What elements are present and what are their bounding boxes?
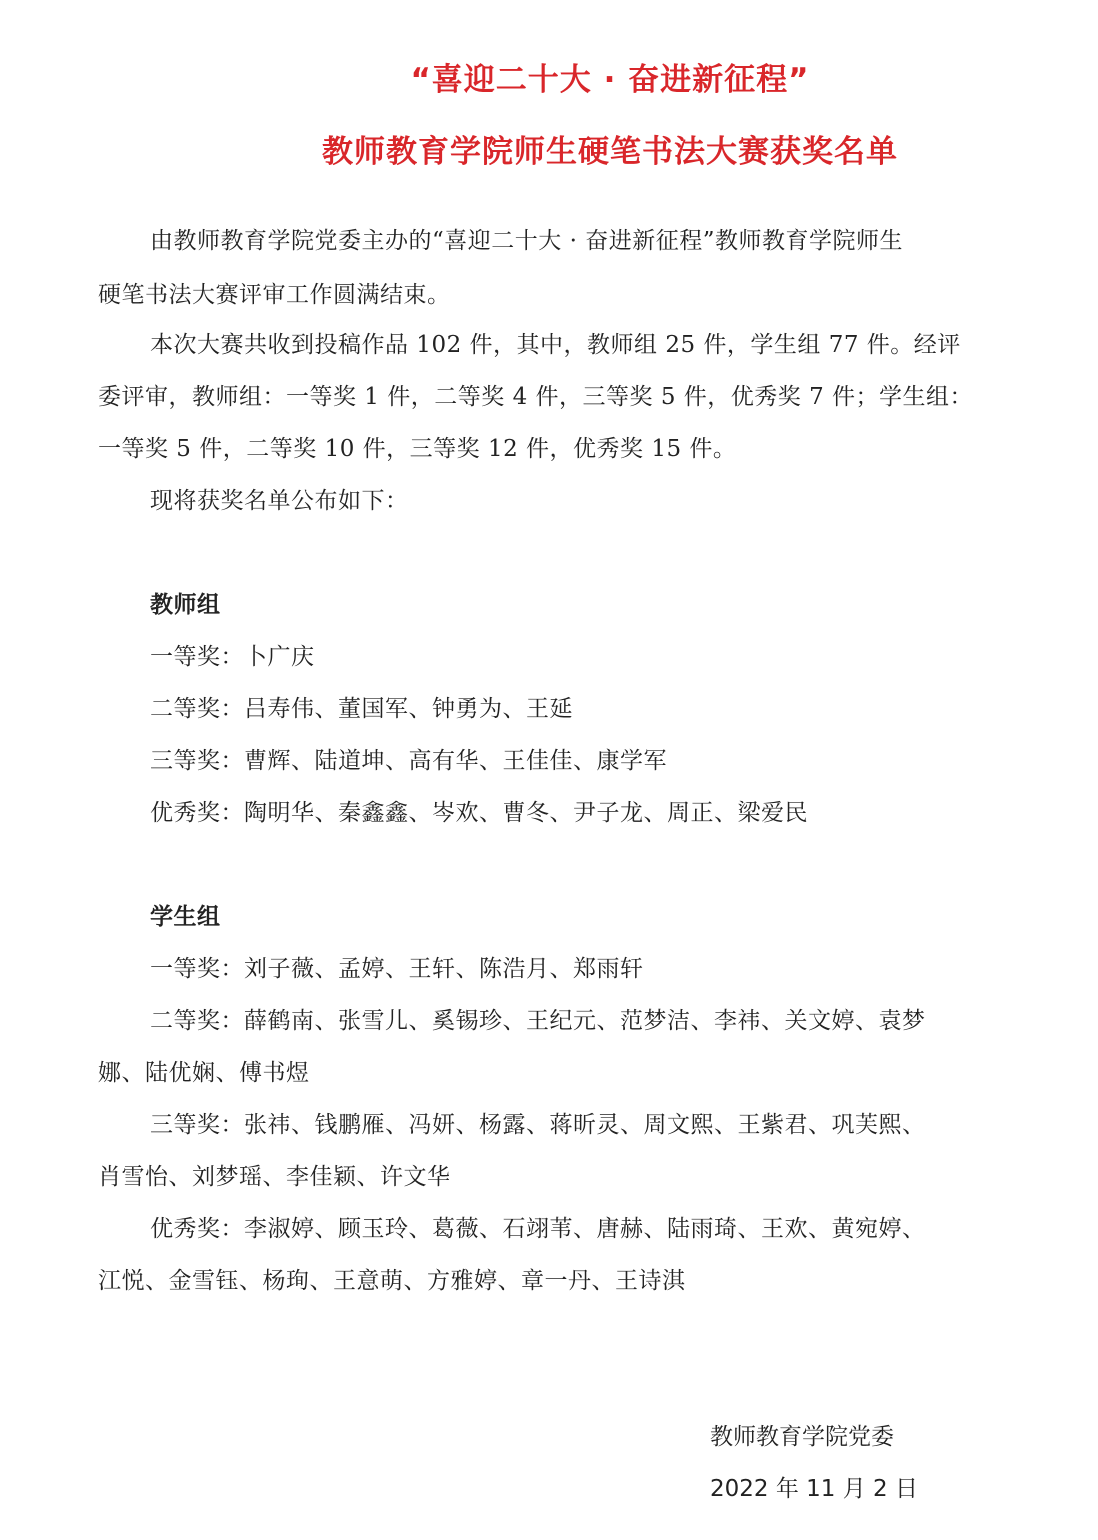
signature-date: 2022 年 11 月 2 日 (710, 1474, 918, 1504)
intro-p2-line1: 本次大赛共收到投稿作品 102 件，其中，教师组 25 件，学生组 77 件。经… (150, 330, 1080, 360)
student-second-prize-line1: 二等奖：薛鹤南、张雪儿、奚锡珍、王纪元、范梦洁、李祎、关文婷、袁梦 (150, 1006, 1080, 1036)
teacher-first-prize: 一等奖：卜广庆 (150, 642, 1080, 672)
student-third-prize-line1: 三等奖：张祎、钱鹏雁、冯妍、杨露、蒋昕灵、周文熙、王紫君、巩芙熙、 (150, 1110, 1080, 1140)
title-main: 教师教育学院师生硬笔书法大赛获奖名单 (0, 126, 1098, 171)
student-third-prize-line2: 肖雪怡、刘梦瑶、李佳颖、许文华 (98, 1162, 1028, 1192)
student-first-prize: 一等奖：刘子薇、孟婷、王轩、陈浩月、郑雨轩 (150, 954, 1080, 984)
intro-p1-line1: 由教师教育学院党委主办的“喜迎二十大 · 奋进新征程”教师教育学院师生 (150, 226, 1080, 256)
intro-p1-line2: 硬笔书法大赛评审工作圆满结束。 (98, 280, 1028, 310)
student-excellence-prize-line1: 优秀奖：李淑婷、顾玉玲、葛薇、石翊苇、唐赫、陆雨琦、王欢、黄宛婷、 (150, 1214, 1080, 1244)
teacher-excellence-prize: 优秀奖：陶明华、秦鑫鑫、岑欢、曹冬、尹子龙、周正、梁爱民 (150, 798, 1080, 828)
student-group-heading: 学生组 (150, 902, 1080, 932)
teacher-group-heading: 教师组 (150, 590, 1080, 620)
student-second-prize-line2: 娜、陆优娴、傅书煜 (98, 1058, 1028, 1088)
student-excellence-prize-line2: 江悦、金雪钰、杨珣、王意萌、方雅婷、章一丹、王诗淇 (98, 1266, 1028, 1296)
intro-p2-line2: 委评审，教师组：一等奖 1 件，二等奖 4 件，三等奖 5 件，优秀奖 7 件；… (98, 382, 1028, 412)
teacher-third-prize: 三等奖：曹辉、陆道坤、高有华、王佳佳、康学军 (150, 746, 1080, 776)
title-slogan: “喜迎二十大 · 奋进新征程” (0, 54, 1098, 99)
intro-p2-line3: 一等奖 5 件，二等奖 10 件，三等奖 12 件，优秀奖 15 件。 (98, 434, 1028, 464)
teacher-second-prize: 二等奖：吕寿伟、董国军、钟勇为、王延 (150, 694, 1080, 724)
intro-p3: 现将获奖名单公布如下： (150, 486, 1080, 516)
signature-org: 教师教育学院党委 (710, 1422, 894, 1452)
